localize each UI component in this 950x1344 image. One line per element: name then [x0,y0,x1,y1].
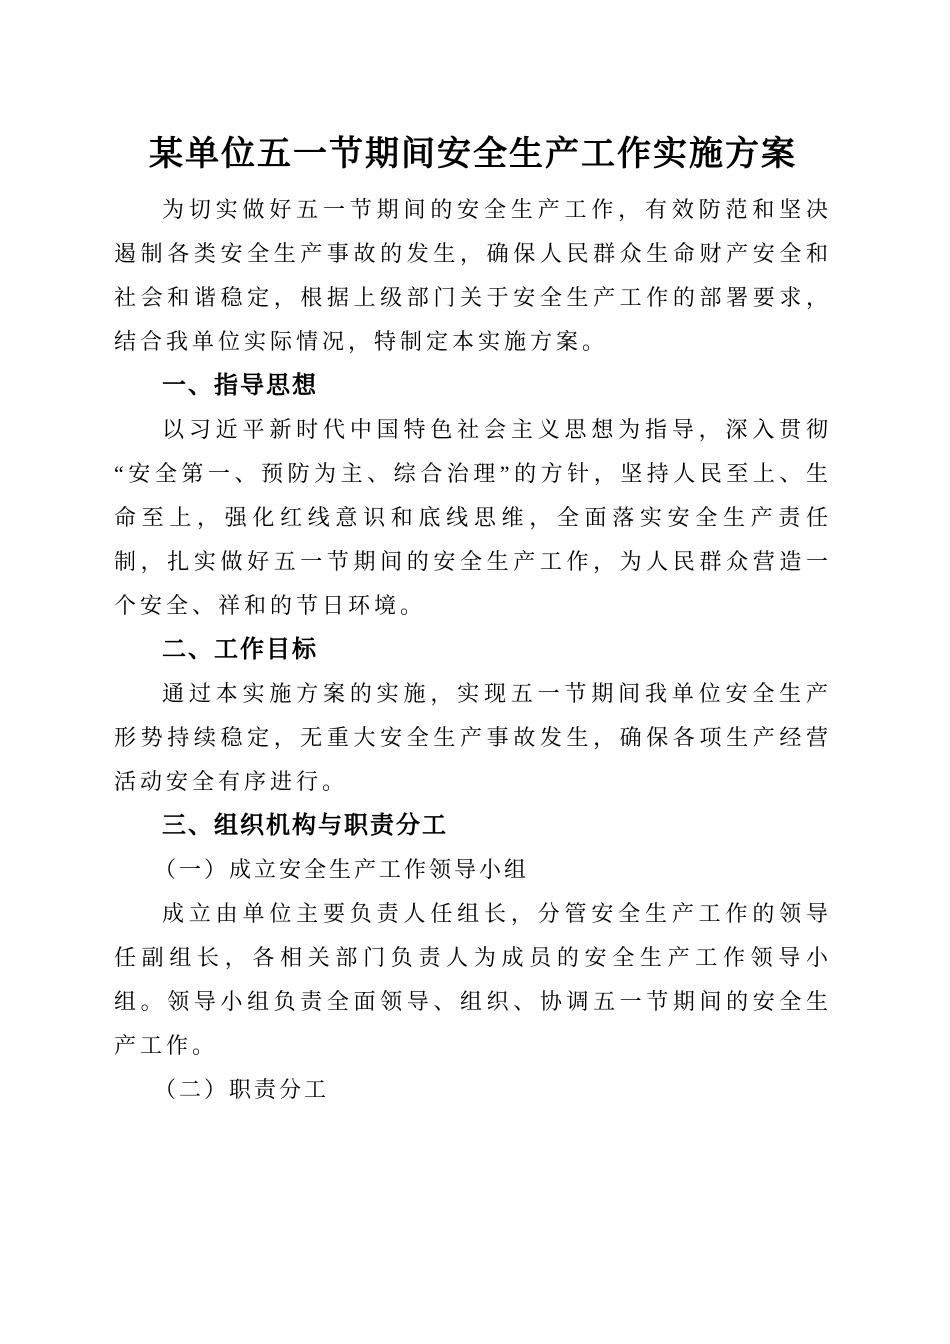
document-content: 某单位五一节期间安全生产工作实施方案 为切实做好五一节期间的安全生产工作，有效防… [0,0,950,1112]
document-page: 某单位五一节期间安全生产工作实施方案 为切实做好五一节期间的安全生产工作，有效防… [0,0,950,1344]
document-title: 某单位五一节期间安全生产工作实施方案 [114,130,832,180]
heading-organization-duties: 三、组织机构与职责分工 [114,804,832,848]
heading-work-goals: 二、工作目标 [114,628,832,672]
paragraph-guiding-ideology: 以习近平新时代中国特色社会主义思想为指导，深入贯彻“安全第一、预防为主、综合治理… [114,408,832,628]
paragraph-work-goals: 通过本实施方案的实施，实现五一节期间我单位安全生产形势持续稳定，无重大安全生产事… [114,672,832,804]
paragraph-leading-group: 成立由单位主要负责人任组长，分管安全生产工作的领导任副组长，各相关部门负责人为成… [114,892,832,1068]
subheading-duty-division: （二）职责分工 [114,1068,832,1112]
paragraph-intro: 为切实做好五一节期间的安全生产工作，有效防范和坚决遏制各类安全生产事故的发生，确… [114,188,832,364]
heading-guiding-ideology: 一、指导思想 [114,364,832,408]
subheading-leading-group: （一）成立安全生产工作领导小组 [114,848,832,892]
